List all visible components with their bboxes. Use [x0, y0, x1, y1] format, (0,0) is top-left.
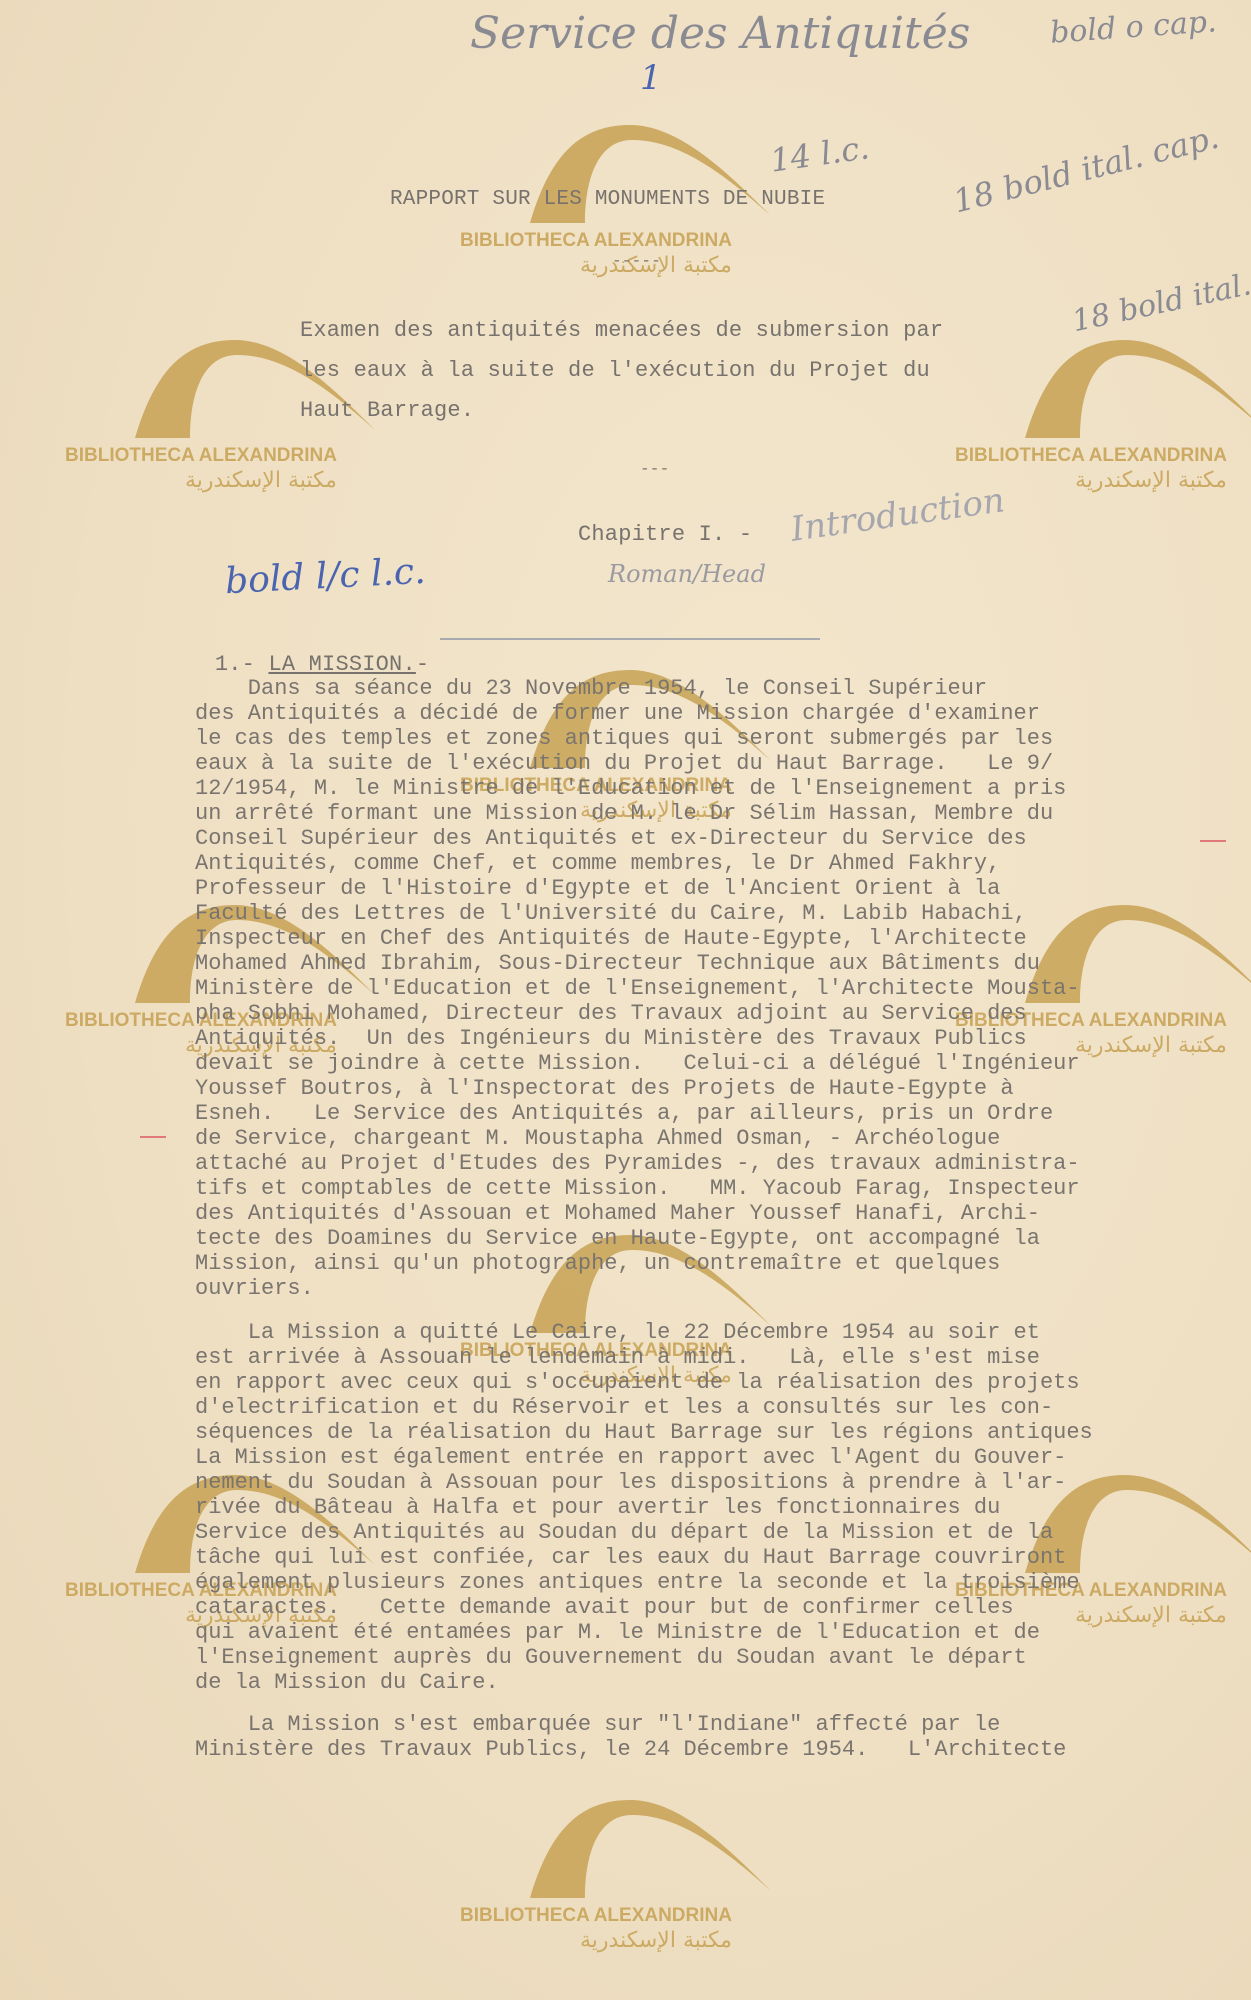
subtitle-line-1: Examen des antiquités menacées de submer…: [300, 318, 943, 343]
watermark-bottom-center: BIBLIOTHECA ALEXANDRINA مكتبة الإسكندرية: [460, 1790, 800, 1960]
paragraph-line: l'Enseignement auprès du Gouvernement du…: [195, 1645, 1027, 1670]
paragraph-line: Dans sa séance du 23 Novembre 1954, le C…: [195, 676, 987, 701]
annotation-service-des-antiquites: Service des Antiquités: [470, 8, 970, 59]
paragraph-line: Faculté des Lettres de l'Université du C…: [195, 901, 1027, 926]
annotation-roman-head: Roman/Head: [608, 560, 766, 588]
annotation-bold-cap: bold o cap.: [1049, 4, 1218, 51]
annotation-bold-lc: bold l/c l.c.: [224, 551, 426, 602]
watermark-arabic: مكتبة الإسكندرية: [1075, 1603, 1227, 1628]
paragraph-line: 12/1954, M. le Ministre de l'Education e…: [195, 776, 1066, 801]
annotation-subtitle-style: 18 bold ital. l.c.: [1069, 256, 1251, 340]
watermark-arabic: مكتبة الإسكندرية: [185, 468, 337, 493]
paragraph-line: un arrêté formant une Mission de M. le D…: [195, 801, 1053, 826]
paragraph-line: tecte des Doamines du Service en Haute-E…: [195, 1226, 1040, 1251]
pencil-arrow: [440, 638, 820, 640]
paragraph-line: La Mission a quitté Le Caire, le 22 Déce…: [195, 1320, 1040, 1345]
paragraph-line: eaux à la suite de l'exécution du Projet…: [195, 751, 1053, 776]
paragraph-line: Service des Antiquités au Soudan du dépa…: [195, 1520, 1053, 1545]
paragraph-line: La Mission est également entrée en rappo…: [195, 1445, 1066, 1470]
red-margin-mark: [1200, 840, 1226, 842]
paragraph-line: des Antiquités a décidé de former une Mi…: [195, 701, 1040, 726]
paragraph-line: devait se joindre à cette Mission. Celui…: [195, 1051, 1080, 1076]
paragraph-line: de la Mission du Caire.: [195, 1670, 499, 1695]
paragraph-line: tifs et comptables de cette Mission. MM.…: [195, 1176, 1080, 1201]
paragraph-line: Mohamed Ahmed Ibrahim, Sous-Directeur Te…: [195, 951, 1040, 976]
paragraph-line: Ministère de l'Education et de l'Enseign…: [195, 976, 1080, 1001]
paragraph-line: ouvriers.: [195, 1276, 314, 1301]
watermark-latin: BIBLIOTHECA ALEXANDRINA: [955, 445, 1227, 467]
watermark-arabic: مكتبة الإسكندرية: [580, 1928, 732, 1953]
paragraph-line: tâche qui lui est confiée, car les eaux …: [195, 1545, 1066, 1570]
paragraph-line: Esneh. Le Service des Antiquités a, par …: [195, 1101, 1053, 1126]
title-rule: -----: [612, 252, 661, 270]
arch-logo-icon: [125, 330, 385, 440]
separator: ---: [640, 460, 669, 478]
paragraph-line: Youssef Boutros, à l'Inspectorat des Pro…: [195, 1076, 1014, 1101]
paragraph-line: est arrivée à Assouan le lendemain à mid…: [195, 1345, 1040, 1370]
paragraph-line: également plusieurs zones antiques entre…: [195, 1570, 1080, 1595]
red-margin-mark: [140, 1136, 166, 1138]
paragraph-line: Inspecteur en Chef des Antiquités de Hau…: [195, 926, 1027, 951]
paragraph-line: de Service, chargeant M. Moustapha Ahmed…: [195, 1126, 1000, 1151]
subtitle-line-2: les eaux à la suite de l'exécution du Pr…: [300, 358, 930, 383]
watermark-latin: BIBLIOTHECA ALEXANDRINA: [460, 1905, 732, 1927]
paragraph-line: attaché au Projet d'Etudes des Pyramides…: [195, 1151, 1080, 1176]
paragraph-line: en rapport avec ceux qui s'occupaient de…: [195, 1370, 1080, 1395]
paragraph-line: d'electrification et du Réservoir et les…: [195, 1395, 1053, 1420]
section-number: 1.-: [215, 652, 255, 677]
paragraph-line: Conseil Supérieur des Antiquités et ex-D…: [195, 826, 1027, 851]
annotation-title-style: 18 bold ital. cap.: [949, 118, 1222, 221]
watermark-latin: BIBLIOTHECA ALEXANDRINA: [460, 230, 732, 252]
chapter-heading: Chapitre I. -: [578, 522, 752, 547]
document-title: RAPPORT SUR LES MONUMENTS DE NUBIE: [390, 188, 825, 211]
paragraph-line: Antiquités. Un des Ingénieurs du Ministè…: [195, 1026, 1027, 1051]
paragraph-line: rivée du Bâteau à Halfa et pour avertir …: [195, 1495, 1000, 1520]
paragraph-line: La Mission s'est embarquée sur "l'Indian…: [195, 1712, 1000, 1737]
paragraph-line: pha Sobhi Mohamed, Directeur des Travaux…: [195, 1001, 1027, 1026]
paragraph-line: Antiquités, comme Chef, et comme membres…: [195, 851, 1000, 876]
watermark-arabic: مكتبة الإسكندرية: [1075, 1033, 1227, 1058]
subtitle-line-3: Haut Barrage.: [300, 398, 474, 423]
paragraph-line: le cas des temples et zones antiques qui…: [195, 726, 1053, 751]
section-title: LA MISSION.: [268, 652, 415, 677]
watermark-right-upper: BIBLIOTHECA ALEXANDRINA مكتبة الإسكندرية: [955, 330, 1251, 500]
watermark-arabic: مكتبة الإسكندرية: [1075, 468, 1227, 493]
arch-logo-icon: [1015, 330, 1251, 440]
annotation-page-number: 1: [640, 58, 662, 98]
watermark-latin: BIBLIOTHECA ALEXANDRINA: [65, 445, 337, 467]
paragraph-line: qui avaient été entamées par M. le Minis…: [195, 1620, 1040, 1645]
paragraph-line: des Antiquités d'Assouan et Mohamed Mahe…: [195, 1201, 1040, 1226]
paragraph-line: nement du Soudan à Assouan pour les disp…: [195, 1470, 1066, 1495]
section-suffix: -: [416, 652, 429, 677]
arch-logo-icon: [520, 1790, 780, 1900]
paragraph-line: cataractes. Cette demande avait pour but…: [195, 1595, 1014, 1620]
section-heading: 1.- LA MISSION.-: [188, 627, 429, 677]
paragraph-line: Ministère des Travaux Publics, le 24 Déc…: [195, 1737, 1066, 1762]
paragraph-line: séquences de la réalisation du Haut Barr…: [195, 1420, 1093, 1445]
paragraph-line: Professeur de l'Histoire d'Egypte et de …: [195, 876, 1000, 901]
paragraph-line: Mission, ainsi qu'un photographe, un con…: [195, 1251, 1000, 1276]
